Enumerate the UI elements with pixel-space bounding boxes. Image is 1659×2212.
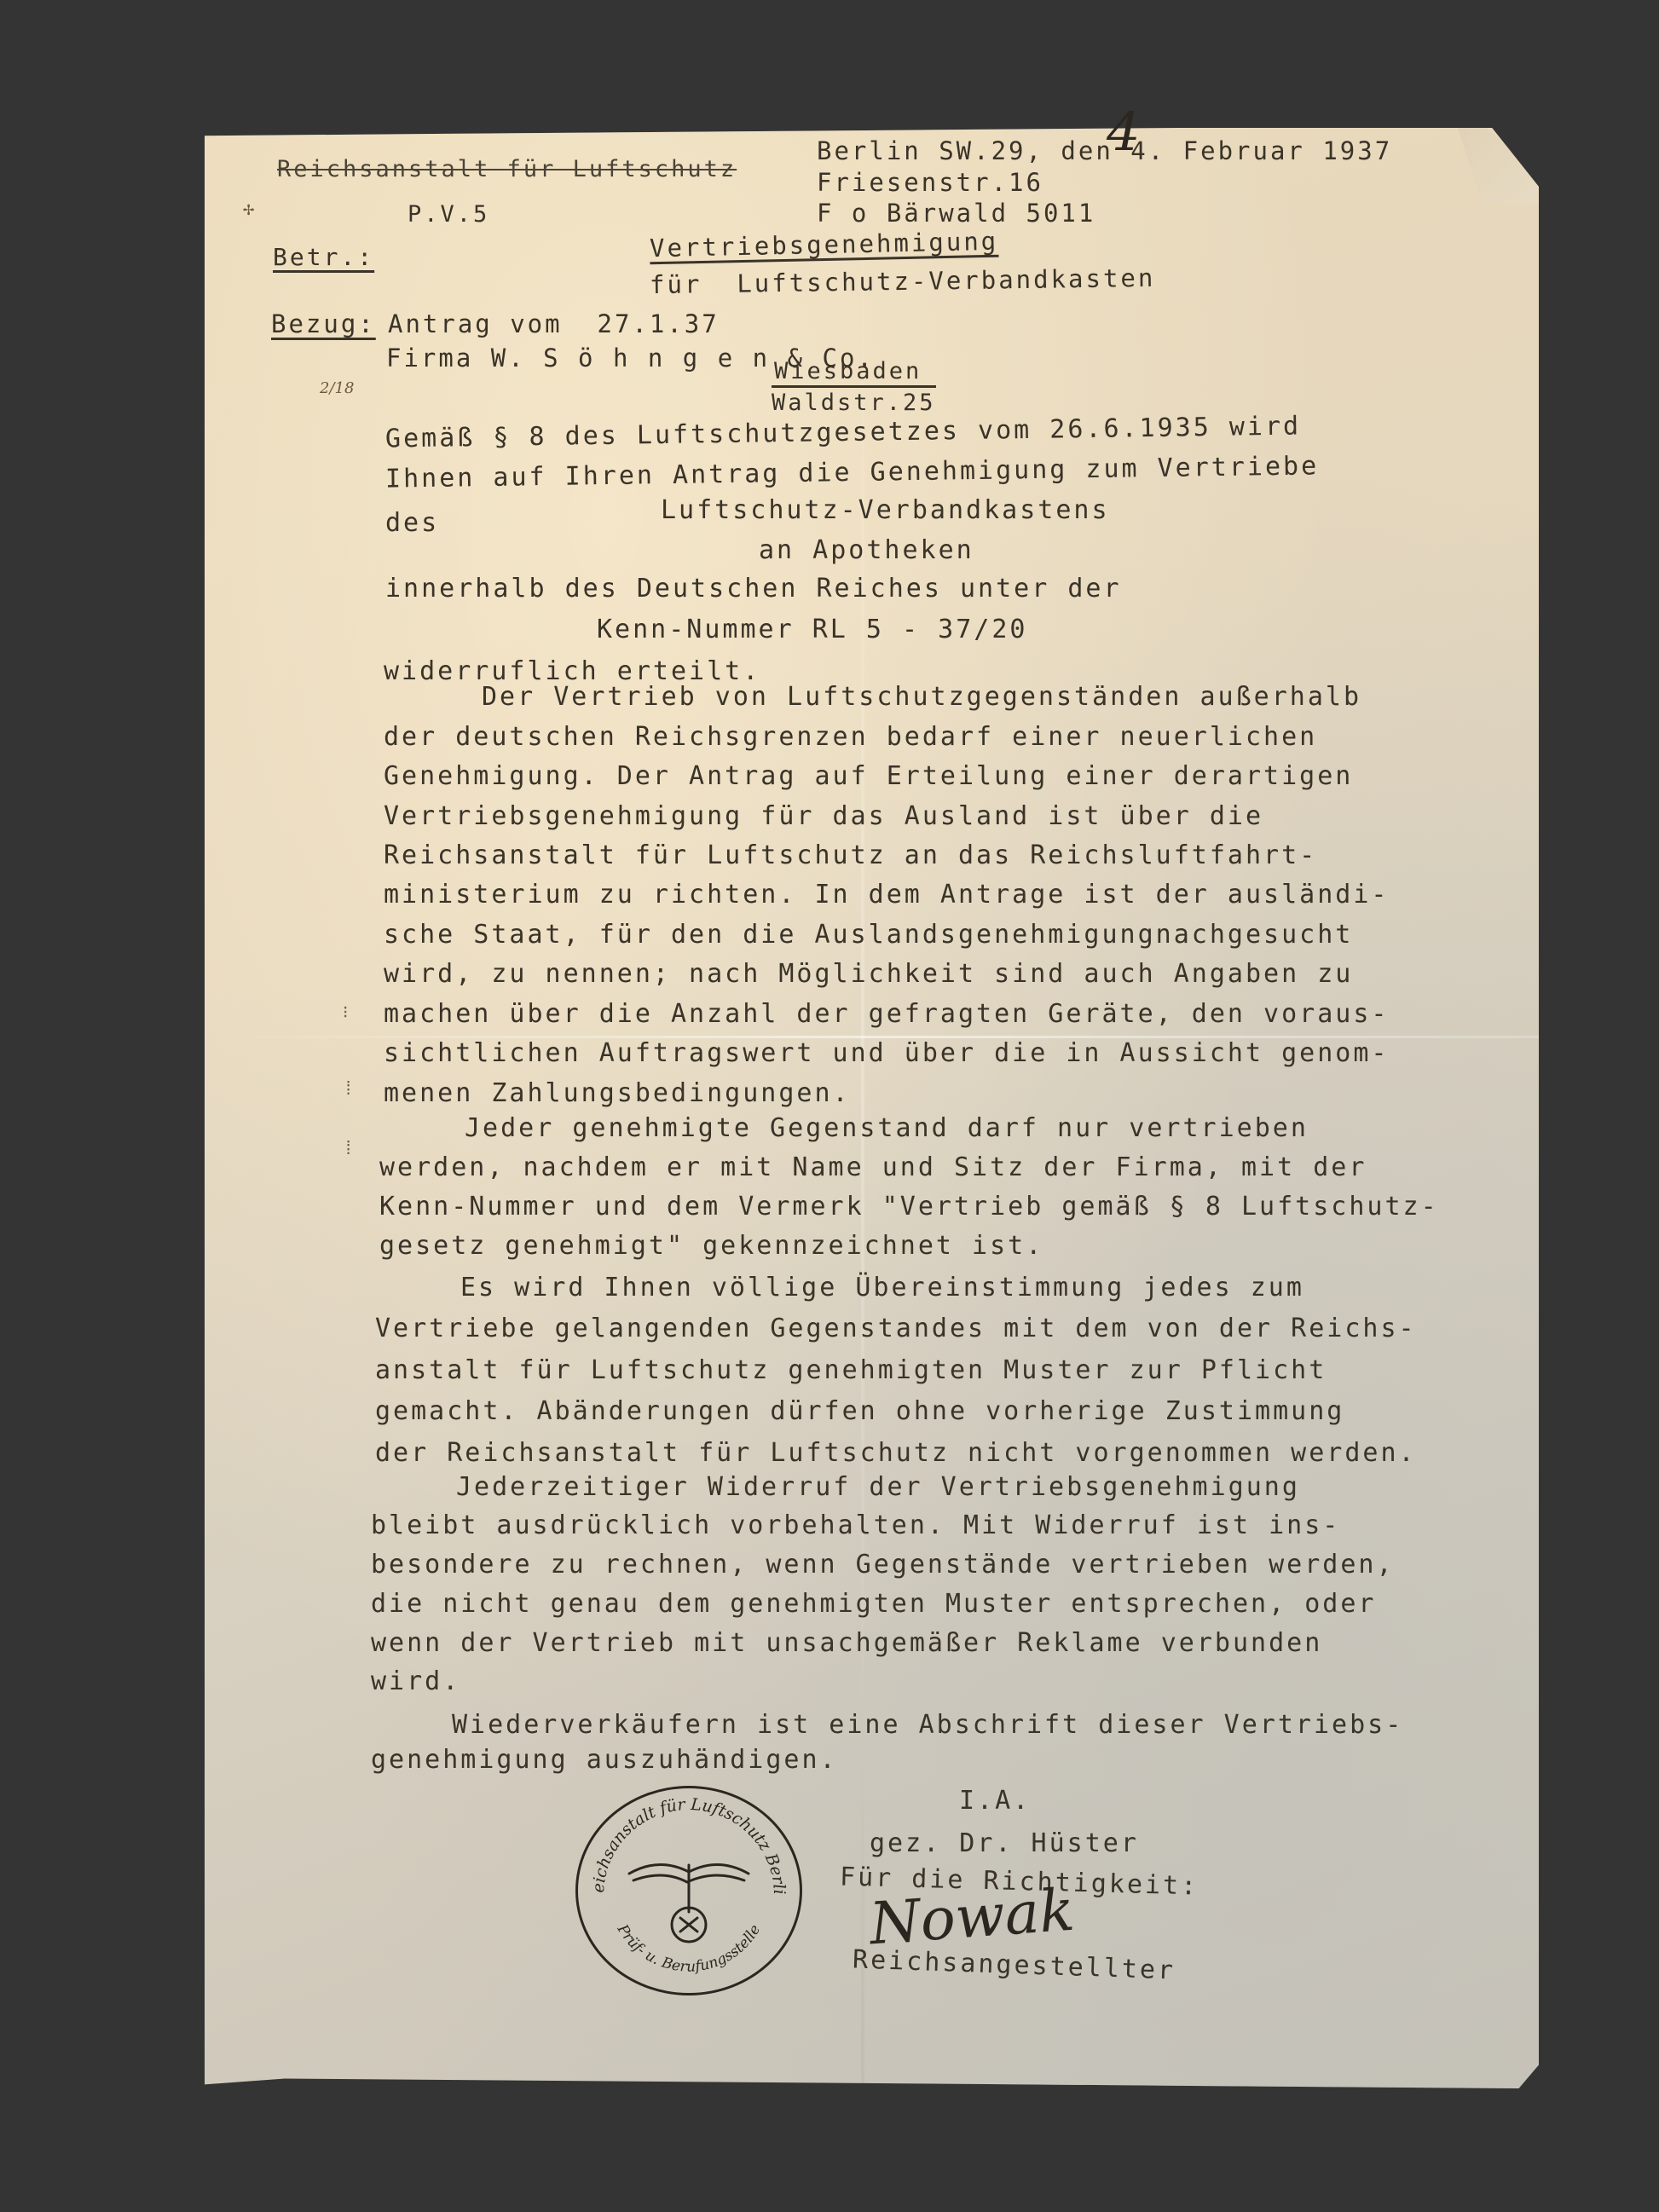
official-stamp: Reichsanstalt für Luftschutz Berlin Prüf… xyxy=(575,1786,802,1995)
reference-street: Waldstr.25 xyxy=(772,385,936,416)
body-line: Der Vertrieb von Luftschutzgegenständen … xyxy=(482,682,1361,712)
body-line: anstalt für Luftschutz genehmigten Muste… xyxy=(375,1355,1327,1385)
body-line: werden, nachdem er mit Name und Sitz der… xyxy=(379,1152,1367,1182)
body-line: an Apotheken xyxy=(759,535,974,565)
body-line: besondere zu rechnen, wenn Gegenstände v… xyxy=(371,1550,1395,1580)
registration-number: Kenn-Nummer RL 5 - 37/20 xyxy=(597,615,1027,644)
body-line: der deutschen Reichsgrenzen bedarf einer… xyxy=(384,722,1317,752)
body-line: die nicht genau dem genehmigten Muster e… xyxy=(371,1589,1376,1619)
body-line: der Reichsanstalt für Luftschutz nicht v… xyxy=(375,1438,1417,1468)
body-line: Vertriebsgenehmigung für das Ausland ist… xyxy=(384,801,1263,831)
body-line: Kenn-Nummer und dem Vermerk "Vertrieb ge… xyxy=(379,1192,1439,1222)
body-line: wird. xyxy=(371,1666,460,1696)
body-line: des xyxy=(385,508,439,538)
body-line: innerhalb des Deutschen Reiches unter de… xyxy=(385,574,1122,604)
body-line: Jeder genehmigte Gegenstand darf nur ver… xyxy=(465,1113,1309,1143)
product-name: Luftschutz-Verbandkastens xyxy=(661,495,1110,525)
letterhead-department: P.V.5 xyxy=(408,201,489,228)
svg-text:Prüf- u. Berufungsstelle: Prüf- u. Berufungsstelle xyxy=(613,1921,764,1976)
body-line: Jederzeitiger Widerruf der Vertriebsgene… xyxy=(456,1472,1300,1502)
body-line: machen über die Anzahl der gefragten Ger… xyxy=(384,999,1389,1029)
body-line: bleibt ausdrücklich vorbehalten. Mit Wid… xyxy=(371,1510,1340,1540)
body-line: wenn der Vertrieb mit unsachgemäßer Rekl… xyxy=(371,1628,1322,1658)
body-line: gemacht. Abänderungen dürfen ohne vorher… xyxy=(375,1396,1344,1426)
closing-ia: I.A. xyxy=(959,1786,1031,1816)
margin-pin-mark: ✢ xyxy=(243,199,254,220)
body-line: Reichsanstalt für Luftschutz an das Reic… xyxy=(384,840,1317,870)
letterhead-institution: Reichsanstalt für Luftschutz xyxy=(277,156,737,182)
margin-handwritten-note: 2/18 xyxy=(320,379,354,397)
address-phone: F o Bärwald 5011 xyxy=(817,199,1095,228)
margin-tick-mark: ⁝ xyxy=(343,1002,348,1022)
body-line: Es wird Ihnen völlige Übereinstimmung je… xyxy=(460,1273,1304,1302)
address-street: Friesenstr.16 xyxy=(817,168,1043,197)
body-line: gesetz genehmigt" gekennzeichnet ist. xyxy=(379,1231,1043,1261)
body-line: Genehmigung. Der Antrag auf Erteilung ei… xyxy=(384,761,1353,791)
reference-label: Bezug: xyxy=(271,309,376,338)
body-line: ministerium zu richten. In dem Antrage i… xyxy=(384,880,1389,910)
body-line: Wiederverkäufern ist eine Abschrift dies… xyxy=(452,1710,1403,1740)
body-line: sichtlichen Auftragswert und über die in… xyxy=(384,1038,1389,1068)
subject-label: Betr.: xyxy=(273,243,374,271)
reference-city: Wiesbaden xyxy=(774,358,922,384)
reference-line1: Antrag vom 27.1.37 xyxy=(388,309,720,338)
eagle-emblem-icon: Reichsanstalt für Luftschutz Berlin Prüf… xyxy=(578,1788,800,1993)
body-line: genehmigung auszuhändigen. xyxy=(371,1745,838,1775)
folded-corner xyxy=(1458,128,1539,205)
body-line: wird, zu nennen; nach Möglichkeit sind a… xyxy=(384,959,1353,989)
closing-signed: gez. Dr. Hüster xyxy=(870,1828,1139,1858)
handwritten-day: 4 xyxy=(1107,101,1140,163)
place-date: Berlin SW.29, den 4. Februar 1937 xyxy=(817,136,1392,165)
body-line: sche Staat, für den die Auslandsgenehmig… xyxy=(384,920,1353,950)
body-line: menen Zahlungsbedingungen. xyxy=(384,1078,851,1108)
body-line: Vertriebe gelangenden Gegenstandes mit d… xyxy=(375,1314,1417,1343)
margin-tick-mark: ⁞ xyxy=(343,1078,354,1100)
margin-tick-mark: ⁞ xyxy=(343,1138,354,1160)
